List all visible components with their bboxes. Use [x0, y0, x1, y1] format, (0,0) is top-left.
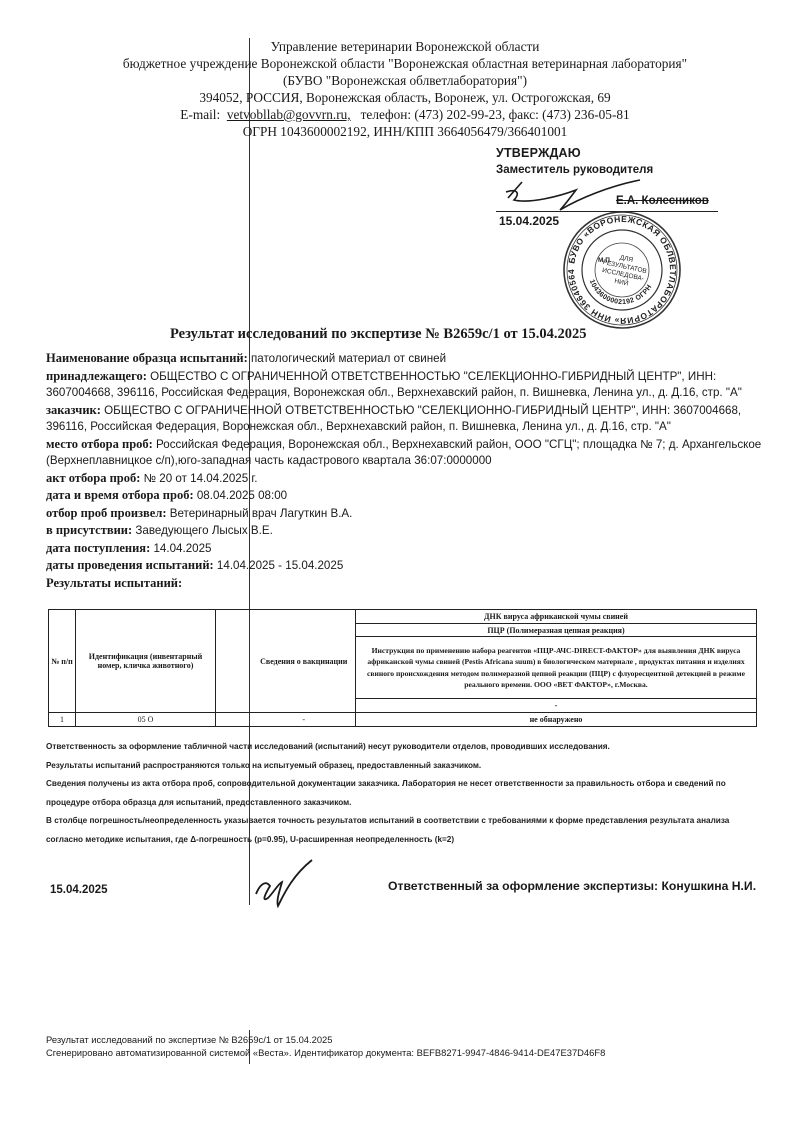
- letterhead-authority: Управление ветеринарии Воронежской облас…: [60, 38, 750, 55]
- footer-document-id: Сгенерировано автоматизированной системо…: [46, 1046, 605, 1059]
- header-vaccination: Сведения о вакцинации: [253, 610, 356, 713]
- field-customer: заказчик: ОБЩЕСТВО С ОГРАНИЧЕННОЙ ОТВЕТС…: [46, 402, 766, 436]
- cell-vaccination: -: [253, 713, 356, 727]
- results-table: № п/п Идентификация (инвентарный номер, …: [48, 609, 757, 727]
- footer-reference: Результат исследований по экспертизе № В…: [46, 1033, 605, 1046]
- note-scope: Результаты испытаний распространяются то…: [46, 757, 766, 776]
- header-uncertainty: -: [356, 699, 757, 713]
- note-uncertainty: В столбце погрешность/неопределенность у…: [46, 812, 766, 849]
- document-footer: Результат исследований по экспертизе № В…: [46, 1033, 605, 1059]
- approver-name: Е.А. Колесников: [616, 195, 709, 207]
- responsible-person: Ответственный за оформление экспертизы: …: [388, 879, 756, 893]
- signoff-date: 15.04.2025: [50, 884, 108, 896]
- header-test-name: ДНК вируса африканской чумы свиней: [356, 610, 757, 624]
- letterhead-institution: бюджетное учреждение Воронежской области…: [60, 55, 750, 72]
- header-instruction: Инструкция по применению набора реагенто…: [356, 637, 757, 699]
- sample-info: Наименование образца испытаний: патологи…: [46, 350, 766, 592]
- field-owner: принадлежащего: ОБЩЕСТВО С ОГРАНИЧЕННОЙ …: [46, 368, 766, 402]
- table-row: 1 05 О - не обнаружено: [49, 713, 757, 727]
- approval-date: 15.04.2025: [499, 214, 559, 228]
- email-link[interactable]: vetvobllab@govvrn.ru,: [227, 107, 351, 122]
- signature-icon: [252, 856, 322, 908]
- letterhead-contacts: E-mail: vetvobllab@govvrn.ru, телефон: (…: [60, 106, 750, 123]
- letterhead: Управление ветеринарии Воронежской облас…: [60, 38, 750, 140]
- approval-title: УТВЕРЖДАЮ: [496, 146, 653, 160]
- note-source: Сведения получены из акта отбора проб, с…: [46, 775, 766, 812]
- header-spacer: [216, 610, 253, 713]
- document-title: Результат исследований по экспертизе № В…: [170, 326, 587, 343]
- field-sampled-by: отбор проб произвел: Ветеринарный врач Л…: [46, 505, 766, 523]
- letterhead-registration: ОГРН 1043600002192, ИНН/КПП 3664056479/3…: [60, 123, 750, 140]
- cell-spacer: [216, 713, 253, 727]
- header-identification: Идентификация (инвентарный номер, кличка…: [76, 610, 216, 713]
- field-sample-name: Наименование образца испытаний: патологи…: [46, 350, 766, 368]
- field-sampling-datetime: дата и время отбора проб: 08.04.2025 08:…: [46, 487, 766, 505]
- note-responsibility: Ответственность за оформление табличной …: [46, 738, 766, 757]
- approval-position: Заместитель руководителя: [496, 164, 653, 176]
- field-results-heading: Результаты испытаний:: [46, 575, 766, 593]
- approval-block: УТВЕРЖДАЮ Заместитель руководителя: [496, 146, 653, 176]
- notes: Ответственность за оформление табличной …: [46, 738, 766, 849]
- field-sampling-act: акт отбора проб: № 20 от 14.04.2025 г.: [46, 470, 766, 488]
- header-method: ПЦР (Полимеразная цепная реакция): [356, 624, 757, 637]
- field-test-dates: даты проведения испытаний: 14.04.2025 - …: [46, 557, 766, 575]
- cell-result: не обнаружено: [356, 713, 757, 727]
- letterhead-short-name: (БУВО "Воронежская облветлаборатория"): [60, 72, 750, 89]
- cell-identification: 05 О: [76, 713, 216, 727]
- field-received-date: дата поступления: 14.04.2025: [46, 540, 766, 558]
- cell-num: 1: [49, 713, 76, 727]
- letterhead-address: 394052, РОССИЯ, Воронежская область, Вор…: [60, 89, 750, 106]
- field-in-presence: в присутствии: Заведующего Лысых В.Е.: [46, 522, 766, 540]
- seal-stamp-icon: БУВО «ВОРОНЕЖСКАЯ ОБЛВЕТЛАБОРАТОРИЯ» ИНН…: [560, 208, 684, 332]
- header-num: № п/п: [49, 610, 76, 713]
- field-sampling-place: место отбора проб: Российская Федерация,…: [46, 436, 766, 470]
